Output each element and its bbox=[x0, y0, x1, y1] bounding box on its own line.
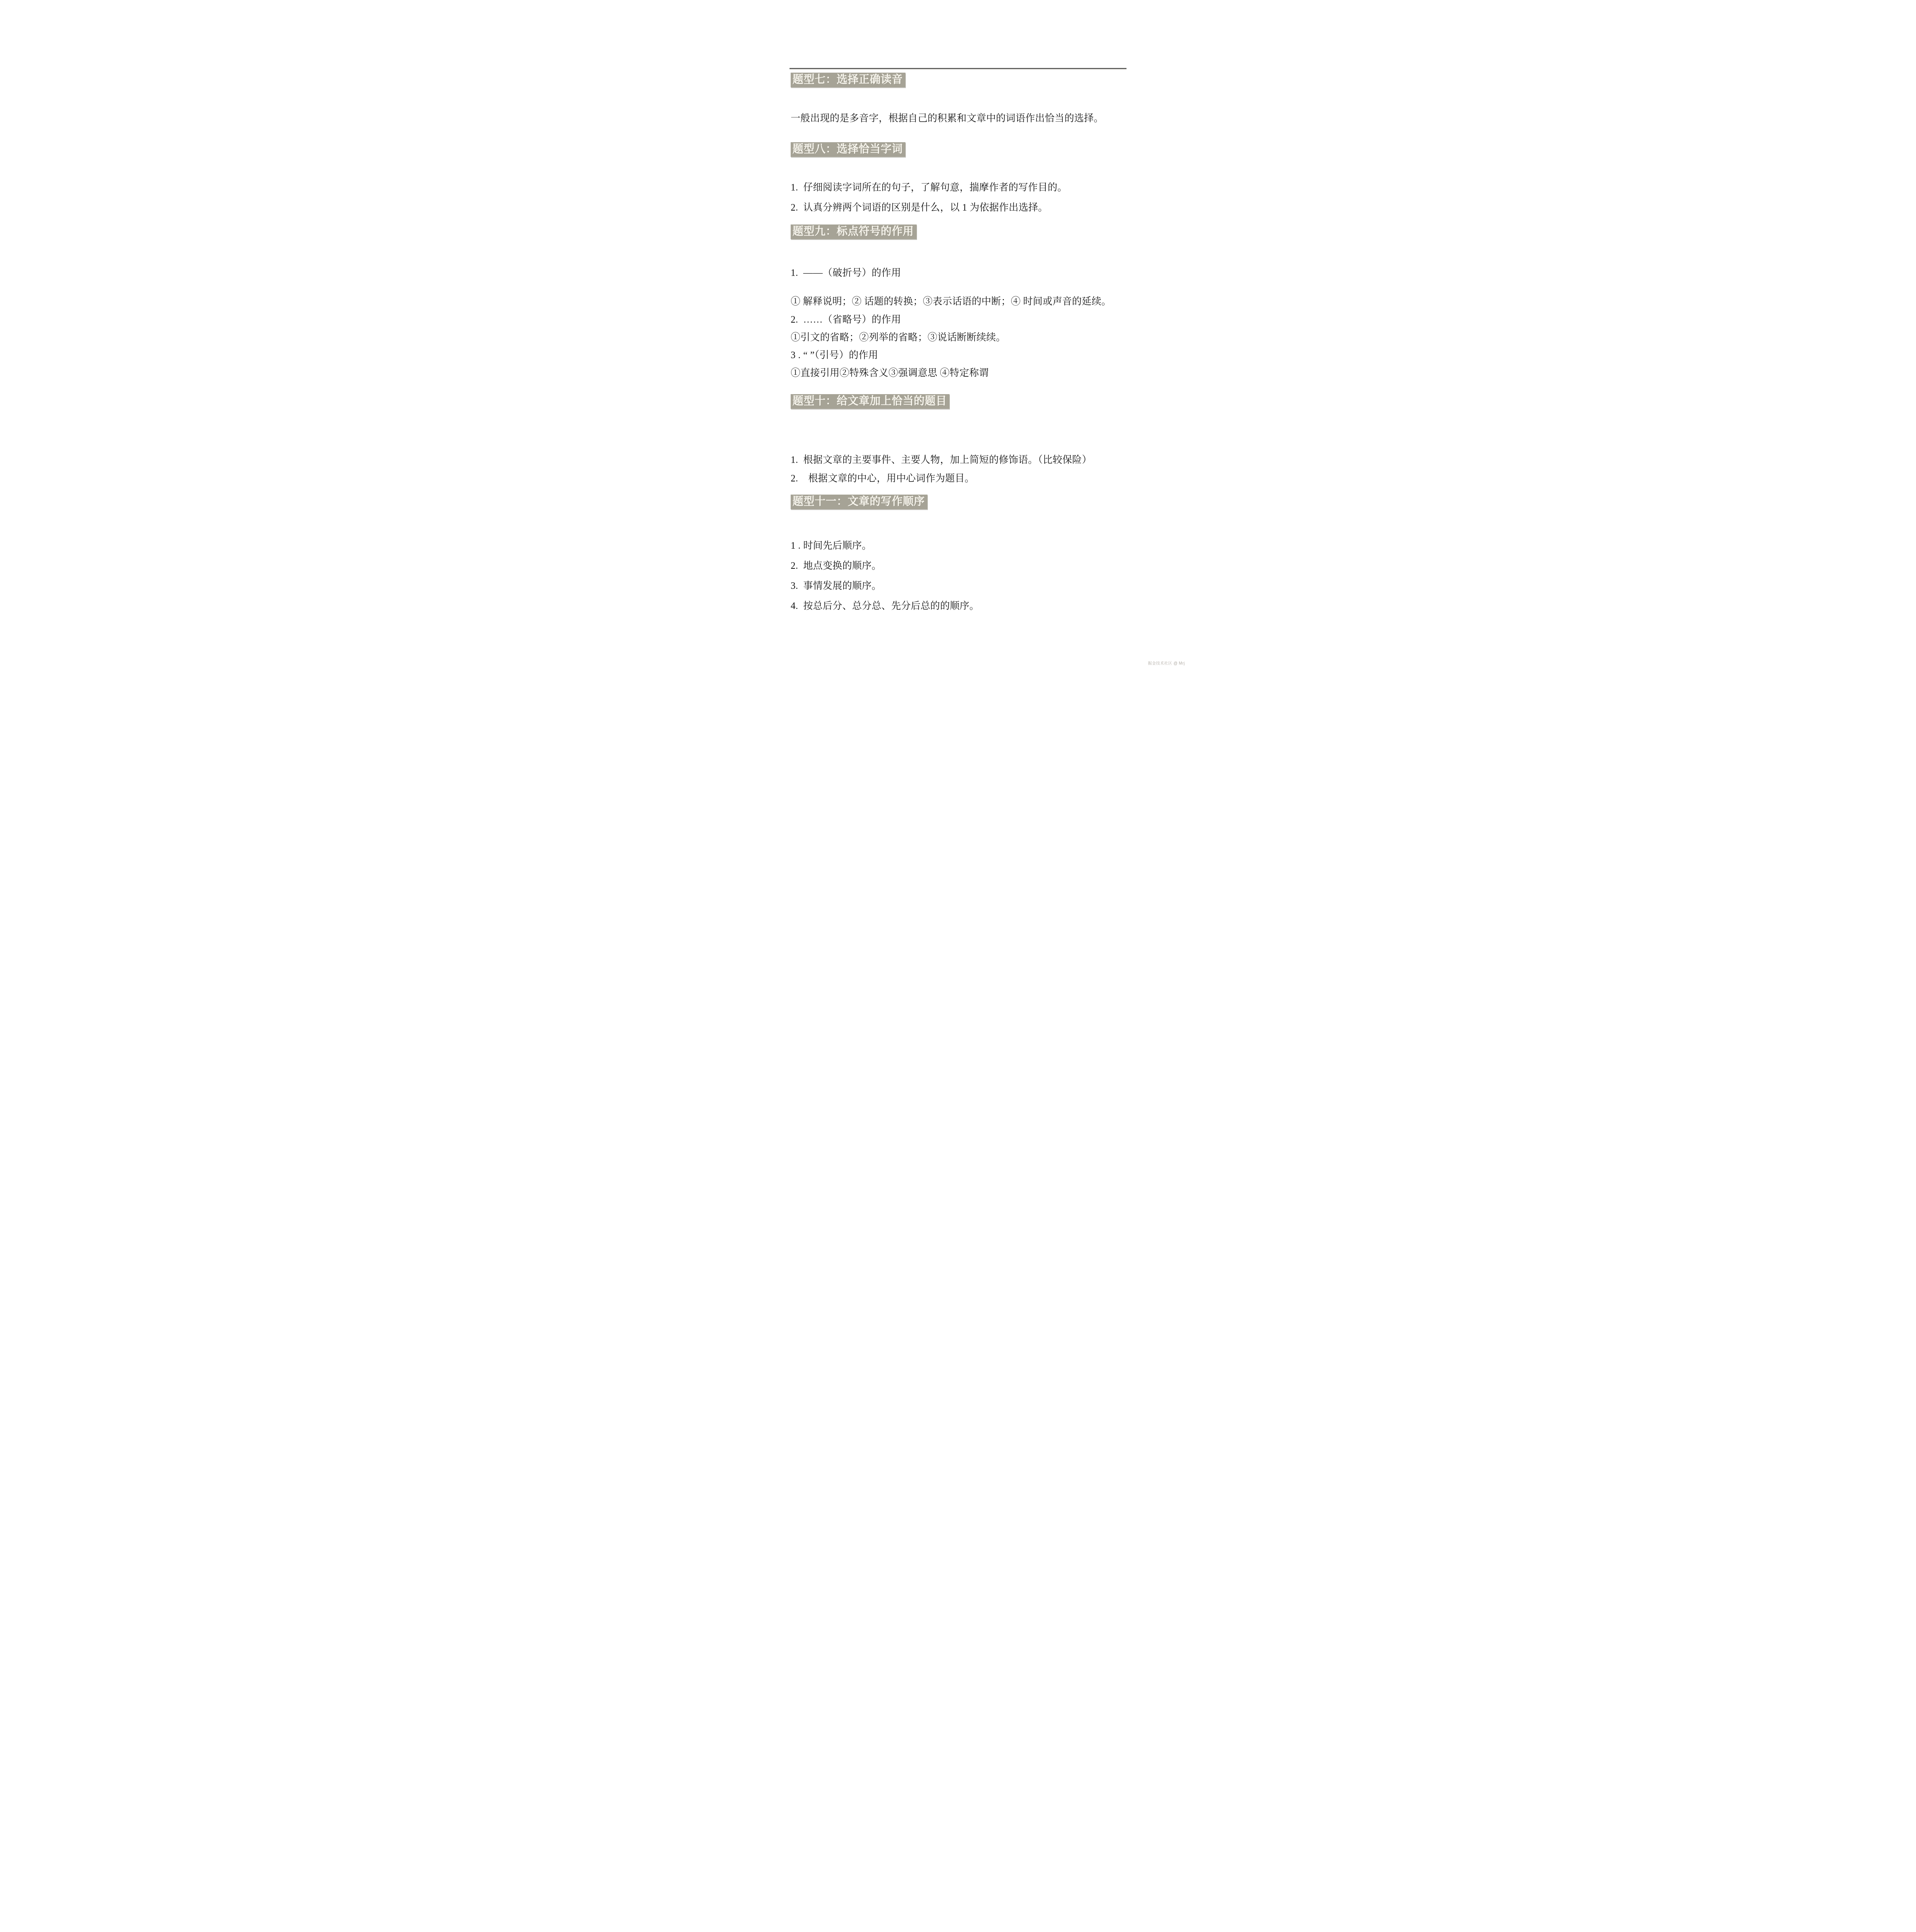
heading-type-7: 题型七：选择正确读音 bbox=[791, 73, 905, 87]
body-line: 3 . “ ”（引号）的作用 bbox=[791, 350, 878, 361]
body-line: ① 解释说明；② 话题的转换；③表示话语的中断；④ 时间或声音的延续。 bbox=[791, 296, 1111, 308]
body-line: 1 . 时间先后顺序。 bbox=[791, 540, 872, 552]
body-line: 1. ——（破折号）的作用 bbox=[791, 267, 901, 279]
body-line: 4. 按总后分、总分总、先分后总的的顺序。 bbox=[791, 600, 979, 612]
body-line: ①直接引用②特殊含义③强调意思 ④特定称谓 bbox=[791, 367, 989, 379]
body-line: 一般出现的是多音字，根据自己的积累和文章中的词语作出恰当的选择。 bbox=[791, 113, 1104, 124]
body-line: 2. 地点变换的顺序。 bbox=[791, 560, 881, 572]
heading-type-8: 题型八：选择恰当字词 bbox=[791, 142, 905, 157]
watermark: 掘金技术社区 @ Mrj bbox=[1148, 662, 1185, 666]
body-line: 2. 认真分辨两个词语的区别是什么，以 1 为依据作出选择。 bbox=[791, 202, 1048, 214]
heading-type-9: 题型九：标点符号的作用 bbox=[791, 224, 917, 239]
body-line: ①引文的省略；②列举的省略；③说话断断续续。 bbox=[791, 332, 1006, 344]
body-line: 1. 仔细阅读字词所在的句子，了解句意，揣摩作者的写作目的。 bbox=[791, 182, 1067, 194]
document-page: 题型七：选择正确读音 一般出现的是多音字，根据自己的积累和文章中的词语作出恰当的… bbox=[718, 0, 1198, 678]
heading-type-11: 题型十一：文章的写作顺序 bbox=[791, 495, 927, 509]
body-line: 1. 根据文章的主要事件、主要人物，加上简短的修饰语。（比较保险） bbox=[791, 454, 1092, 466]
body-line: 2. 根据文章的中心，用中心词作为题目。 bbox=[791, 473, 975, 485]
horizontal-rule bbox=[790, 68, 1126, 69]
heading-type-10: 题型十：给文章加上恰当的题目 bbox=[791, 394, 949, 409]
body-line: 3. 事情发展的顺序。 bbox=[791, 580, 881, 592]
body-line: 2. ……（省略号）的作用 bbox=[791, 314, 901, 326]
